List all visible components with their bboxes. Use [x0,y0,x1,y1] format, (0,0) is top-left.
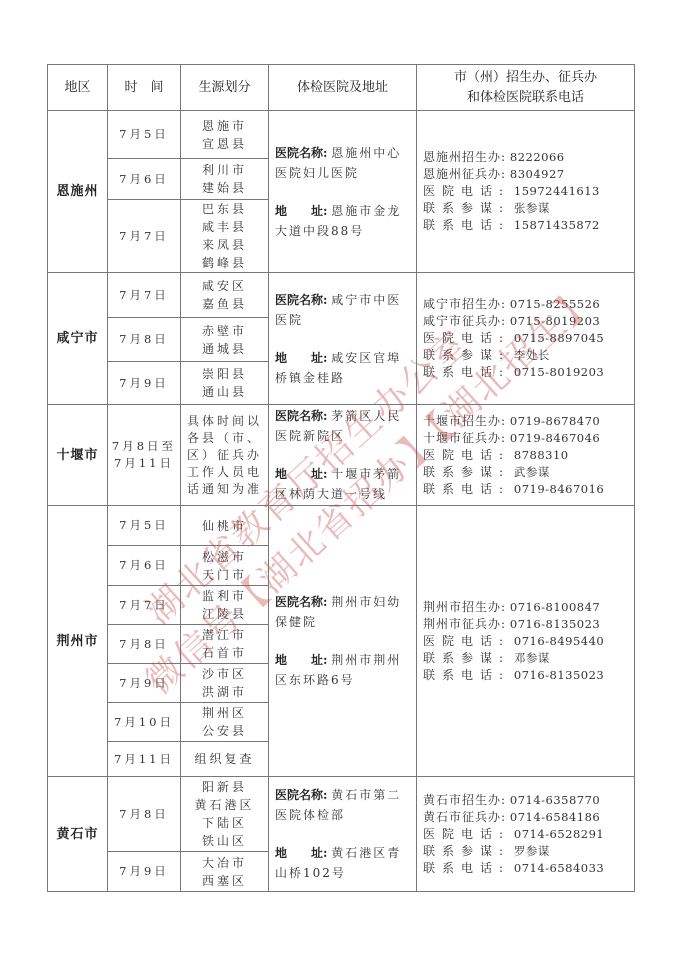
contact-line: 联系电话: 0716-8135023 [423,667,628,684]
header-source: 生源划分 [181,65,269,111]
header-contact: 市（州）招生办、征兵办 和体检医院联系电话 [417,65,635,111]
contact-key: 联系参谋: [423,465,510,479]
contact-value: 0716-8135023 [510,617,600,631]
contact-line: 医院电话: 0716-8495440 [423,633,628,650]
contact-key: 联系电话: [423,365,510,379]
table-row: 咸宁市7月7日咸安区嘉鱼县医院名称: 咸宁市中医医院地 址: 咸安区官埠桥镇金桂… [48,273,635,318]
contact-key: 联系电话: [423,482,510,496]
exam-date: 7月8日至7月11日 [108,405,181,506]
source-areas: 赤壁市通城县 [181,318,269,362]
contact-key: 医院电话: [423,331,510,345]
contact-cell: 咸宁市招生办: 0715-8255526咸宁市征兵办: 0715-8019203… [417,273,635,405]
hospital-cell: 医院名称: 荆州市妇幼保健院地 址: 荆州市荆州区东环路6号 [269,506,417,777]
contact-key: 联系电话: [423,861,510,875]
area-name: 黄石港区 [181,796,268,814]
document-page: 地区 时 间 生源划分 体检医院及地址 市（州）招生办、征兵办 和体检医院联系电… [0,0,680,961]
contact-line: 咸宁市招生办: 0715-8255526 [423,296,628,313]
exam-date: 7月5日 [108,111,181,159]
hospital-name: 医院名称: 黄石市第二医院体检部 [275,785,410,825]
area-name: 利川市 [181,161,268,179]
source-areas: 崇阳县通山县 [181,362,269,405]
contact-line: 十堰市征兵办: 0719-8467046 [423,430,628,447]
contact-line: 联系参谋: 李处长 [423,347,628,364]
contact-line: 联系参谋: 邓参谋 [423,650,628,667]
hospital-address: 地 址: 恩施市金龙大道中段88号 [275,201,410,241]
hospital-cell: 医院名称: 恩施州中心医院妇儿医院地 址: 恩施市金龙大道中段88号 [269,111,417,273]
contact-key: 联系参谋: [423,348,510,362]
contact-value: 武参谋 [514,465,550,479]
area-name: 组织复查 [181,750,268,768]
hospital-address-label: 地 址: [275,467,327,481]
area-name: 潜江市 [181,626,268,644]
hospital-cell: 医院名称: 黄石市第二医院体检部地 址: 黄石港区青山桥102号 [269,777,417,892]
area-name: 荆州区 [181,704,268,722]
contact-key: 联系电话: [423,218,510,232]
table-row: 黄石市7月8日阳新县黄石港区下陆区铁山区医院名称: 黄石市第二医院体检部地 址:… [48,777,635,852]
exam-date: 7月6日 [108,159,181,200]
area-name: 鹤峰县 [181,254,268,272]
spacer [275,825,410,843]
area-name: 嘉鱼县 [181,295,268,313]
contact-key: 黄石市征兵办: [423,810,506,824]
contact-key: 黄石市招生办: [423,793,506,807]
hospital-name-label: 医院名称: [275,788,327,802]
contact-value: 0716-8100847 [510,600,600,614]
contact-key: 医院电话: [423,184,510,198]
source-areas: 阳新县黄石港区下陆区铁山区 [181,777,269,852]
contact-key: 联系参谋: [423,651,510,665]
note-line: 区）征兵办 [181,447,268,464]
region-name: 荆州市 [48,506,108,777]
contact-cell: 十堰市招生办: 0719-8678470十堰市征兵办: 0719-8467046… [417,405,635,506]
contact-key: 医院电话: [423,634,510,648]
table-row: 荆州市7月5日仙桃市医院名称: 荆州市妇幼保健院地 址: 荆州市荆州区东环路6号… [48,506,635,546]
area-name: 咸安区 [181,277,268,295]
contact-line: 联系电话: 0719-8467016 [423,481,628,498]
contact-key: 十堰市招生办: [423,414,506,428]
spacer [275,330,410,348]
area-name: 通城县 [181,340,268,358]
contact-key: 荆州市征兵办: [423,617,506,631]
source-areas: 大冶市西塞区 [181,852,269,892]
contact-line: 咸宁市征兵办: 0715-8019203 [423,313,628,330]
physical-exam-schedule-table: 地区 时 间 生源划分 体检医院及地址 市（州）招生办、征兵办 和体检医院联系电… [47,64,635,892]
area-name: 宣恩县 [181,135,268,153]
contact-value: 0715-8019203 [510,314,600,328]
contact-value: 15871435872 [514,218,600,232]
contact-value: 0719-8467016 [514,482,604,496]
contact-line: 黄石市招生办: 0714-6358770 [423,792,628,809]
area-name: 沙市区 [181,665,268,683]
table-row: 恩施州7月5日恩施市宣恩县医院名称: 恩施州中心医院妇儿医院地 址: 恩施市金龙… [48,111,635,159]
contact-key: 联系电话: [423,668,510,682]
exam-date: 7月6日 [108,546,181,586]
source-note: 具体时间以各县（市、区）征兵办工作人员电话通知为准 [181,405,269,506]
exam-date: 7月9日 [108,362,181,405]
contact-value: 0716-8495440 [514,634,604,648]
contact-line: 黄石市征兵办: 0714-6584186 [423,809,628,826]
source-areas: 利川市建始县 [181,159,269,200]
region-name: 十堰市 [48,405,108,506]
exam-date: 7月7日 [108,200,181,273]
contact-value: 0715-8897045 [514,331,604,345]
exam-date: 7月8日 [108,318,181,362]
hospital-address: 地 址: 咸安区官埠桥镇金桂路 [275,348,410,388]
region-name: 咸宁市 [48,273,108,405]
area-name: 铁山区 [181,832,268,850]
area-name: 通山县 [181,383,268,401]
area-name: 仙桃市 [181,517,268,535]
contact-cell: 荆州市招生办: 0716-8100847荆州市征兵办: 0716-8135023… [417,506,635,777]
contact-key: 咸宁市征兵办: [423,314,506,328]
area-name: 赤壁市 [181,322,268,340]
hospital-cell: 医院名称: 茅箭区人民医院新院区地 址: 十堰市茅箭区林荫大道一号线 [269,405,417,506]
contact-line: 医院电话: 8788310 [423,447,628,464]
contact-value: 0715-8255526 [510,297,600,311]
exam-date: 7月9日 [108,852,181,892]
contact-value: 0715-8019203 [514,365,604,379]
contact-key: 恩施州招生办: [423,150,506,164]
exam-date-end: 7月11日 [108,455,180,472]
area-name: 西塞区 [181,872,268,890]
hospital-address: 地 址: 十堰市茅箭区林荫大道一号线 [275,464,410,504]
contact-value: 8222066 [510,150,565,164]
region-name: 恩施州 [48,111,108,273]
contact-line: 医院电话: 0715-8897045 [423,330,628,347]
hospital-name: 医院名称: 咸宁市中医医院 [275,290,410,330]
contact-line: 医院电话: 0714-6528291 [423,826,628,843]
contact-value: 0714-6528291 [514,827,604,841]
area-name: 大冶市 [181,854,268,872]
hospital-address-label: 地 址: [275,351,327,365]
header-region: 地区 [48,65,108,111]
contact-line: 联系参谋: 张参谋 [423,200,628,217]
source-areas: 仙桃市 [181,506,269,546]
source-areas: 松滋市天门市 [181,546,269,586]
area-name: 来凤县 [181,236,268,254]
contact-value: 8788310 [514,448,569,462]
area-name: 崇阳县 [181,365,268,383]
note-line: 各县（市、 [181,430,268,447]
hospital-address: 地 址: 荆州市荆州区东环路6号 [275,650,410,690]
area-name: 建始县 [181,179,268,197]
source-areas: 荆州区公安县 [181,703,269,742]
contact-value: 罗参谋 [514,844,550,858]
table-row: 十堰市7月8日至7月11日具体时间以各县（市、区）征兵办工作人员电话通知为准医院… [48,405,635,506]
contact-line: 联系电话: 0714-6584033 [423,860,628,877]
contact-line: 医院电话: 15972441613 [423,183,628,200]
exam-date: 7月11日 [108,742,181,777]
hospital-name: 医院名称: 荆州市妇幼保健院 [275,592,410,632]
area-name: 洪湖市 [181,683,268,701]
header-contact-line2: 和体检医院联系电话 [417,88,634,108]
contact-value: 8304927 [510,167,565,181]
region-name: 黄石市 [48,777,108,892]
hospital-name: 医院名称: 茅箭区人民医院新院区 [275,406,410,446]
note-line: 话通知为准 [181,481,268,498]
contact-value: 0719-8467046 [510,431,600,445]
contact-key: 咸宁市招生办: [423,297,506,311]
contact-line: 联系参谋: 武参谋 [423,464,628,481]
exam-date: 7月5日 [108,506,181,546]
exam-date-start: 7月8日至 [108,438,180,455]
contact-value: 0719-8678470 [510,414,600,428]
hospital-address-label: 地 址: [275,204,327,218]
contact-line: 十堰市招生办: 0719-8678470 [423,413,628,430]
area-name: 阳新县 [181,778,268,796]
exam-date: 7月10日 [108,703,181,742]
hospital-address-label: 地 址: [275,653,327,667]
hospital-cell: 医院名称: 咸宁市中医医院地 址: 咸安区官埠桥镇金桂路 [269,273,417,405]
spacer [275,446,410,464]
contact-line: 联系电话: 15871435872 [423,217,628,234]
area-name: 江陵县 [181,605,268,623]
header-contact-line1: 市（州）招生办、征兵办 [417,68,634,88]
source-areas: 潜江市石首市 [181,625,269,664]
contact-value: 邓参谋 [514,651,550,665]
contact-value: 15972441613 [514,184,600,198]
contact-line: 荆州市招生办: 0716-8100847 [423,599,628,616]
contact-line: 恩施州征兵办: 8304927 [423,166,628,183]
note-line: 工作人员电 [181,464,268,481]
source-areas: 恩施市宣恩县 [181,111,269,159]
area-name: 恩施市 [181,117,268,135]
exam-date: 7月8日 [108,625,181,664]
contact-key: 恩施州征兵办: [423,167,506,181]
contact-key: 医院电话: [423,448,510,462]
hospital-name-label: 医院名称: [275,409,327,423]
note-line: 具体时间以 [181,413,268,430]
contact-line: 联系电话: 0715-8019203 [423,364,628,381]
exam-date: 7月9日 [108,664,181,703]
hospital-name: 医院名称: 恩施州中心医院妇儿医院 [275,143,410,183]
area-name: 巴东县 [181,200,268,218]
area-name: 咸丰县 [181,218,268,236]
contact-key: 荆州市招生办: [423,600,506,614]
exam-date: 7月8日 [108,777,181,852]
header-time: 时 间 [108,65,181,111]
area-name: 公安县 [181,722,268,740]
contact-key: 十堰市征兵办: [423,431,506,445]
contact-key: 联系参谋: [423,844,510,858]
exam-date: 7月7日 [108,273,181,318]
hospital-address-label: 地 址: [275,846,327,860]
contact-value: 李处长 [514,348,550,362]
area-name: 下陆区 [181,814,268,832]
contact-value: 0714-6584186 [510,810,600,824]
hospital-name-label: 医院名称: [275,146,327,160]
source-areas: 组织复查 [181,742,269,777]
table-header-row: 地区 时 间 生源划分 体检医院及地址 市（州）招生办、征兵办 和体检医院联系电… [48,65,635,111]
contact-key: 医院电话: [423,827,510,841]
area-name: 监利市 [181,587,268,605]
contact-cell: 恩施州招生办: 8222066恩施州征兵办: 8304927医院电话: 1597… [417,111,635,273]
contact-value: 0714-6358770 [510,793,600,807]
area-name: 石首市 [181,644,268,662]
source-areas: 监利市江陵县 [181,586,269,625]
source-areas: 巴东县咸丰县来凤县鹤峰县 [181,200,269,273]
area-name: 松滋市 [181,548,268,566]
contact-line: 联系参谋: 罗参谋 [423,843,628,860]
spacer [275,632,410,650]
source-areas: 沙市区洪湖市 [181,664,269,703]
area-name: 天门市 [181,566,268,584]
hospital-address: 地 址: 黄石港区青山桥102号 [275,843,410,883]
contact-value: 0716-8135023 [514,668,604,682]
hospital-name-label: 医院名称: [275,595,327,609]
contact-value: 0714-6584033 [514,861,604,875]
hospital-name-label: 医院名称: [275,293,327,307]
contact-key: 联系参谋: [423,201,510,215]
contact-line: 荆州市征兵办: 0716-8135023 [423,616,628,633]
contact-line: 恩施州招生办: 8222066 [423,149,628,166]
source-areas: 咸安区嘉鱼县 [181,273,269,318]
contact-cell: 黄石市招生办: 0714-6358770黄石市征兵办: 0714-6584186… [417,777,635,892]
contact-value: 张参谋 [514,201,550,215]
exam-date: 7月7日 [108,586,181,625]
header-hospital: 体检医院及地址 [269,65,417,111]
spacer [275,183,410,201]
